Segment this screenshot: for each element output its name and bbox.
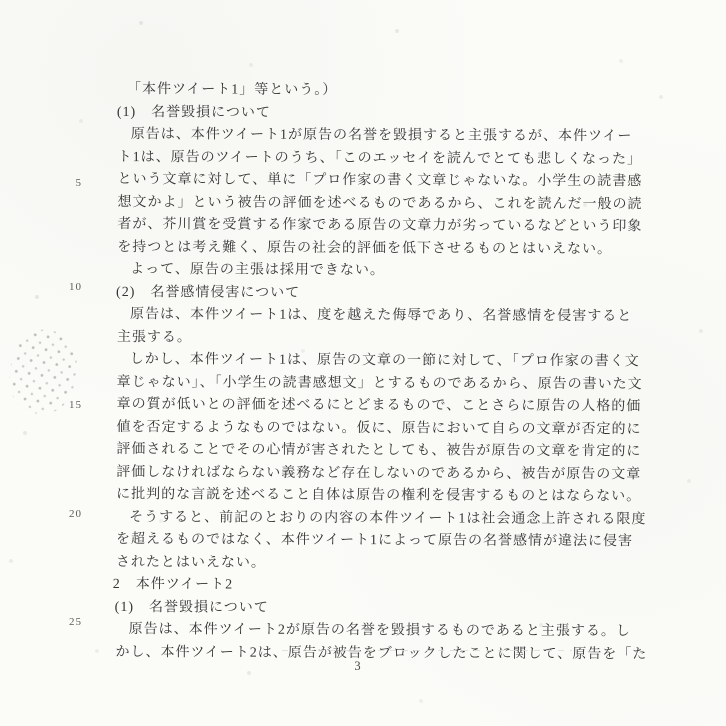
- document-line: 評価しなければならない義務など存在しないのであるから、被告が原告の文章: [116, 461, 676, 486]
- document-line: 2 本件ツイート2: [113, 574, 676, 599]
- document-line: 主張する。: [117, 326, 677, 351]
- document-line: 原告は、本件ツイート1は、度を越えた侮辱であり、名誉感情を侵害すると: [130, 304, 677, 329]
- margin-line-number: 25: [48, 616, 82, 628]
- document-line: 者が、芥川賞を受賞する作家である原告の文章力が劣っているなどという印象: [117, 214, 677, 239]
- document-line: そうすると、前記のとおりの内容の本件ツイート1は社会通念上許される限度: [129, 507, 676, 532]
- document-line: されたとはいえない。: [116, 551, 676, 576]
- document-line: 想文かよ」という被告の評価を述べるものであるから、これを読んだ一般の読: [117, 191, 677, 216]
- document-line: という文章に対して、単に「プロ作家の書く文章じゃないな。小学生の読書感: [118, 169, 678, 194]
- document-line: 値を否定するようなものではない。仮に、原告において自らの文章が否定的に: [116, 416, 676, 441]
- margin-line-number: 20: [48, 508, 82, 520]
- document-body: 「本件ツイート1」等という。）(1) 名誉毀損について原告は、本件ツイート1が原…: [115, 79, 678, 666]
- document-line: を持つとは考え難く、原告の社会的評価を低下させるものとはいえない。: [117, 236, 677, 261]
- document-line: (2) 名誉感情侵害について: [116, 281, 677, 306]
- document-line: に批判的な言説を述べること自体は原告の権利を侵害するものとはならない。: [116, 484, 676, 509]
- page-number: 3: [340, 659, 376, 674]
- document-line: しかし、本件ツイート1は、原告の文章の一節に対して、「プロ作家の書く文: [130, 349, 677, 374]
- scanned-judgment-page: 510152025 「本件ツイート1」等という。）(1) 名誉毀損について原告は…: [0, 0, 726, 726]
- document-line: かし、本件ツイート2は、原告が被告をブロックしたことに関して、原告を「た: [115, 641, 675, 666]
- margin-line-number: 10: [48, 281, 82, 293]
- document-line: を超えるものではなく、本件ツイート1によって原告の名誉感情が違法に侵害: [116, 529, 676, 554]
- document-line: (1) 名誉毀損について: [115, 596, 676, 621]
- margin-line-number: 5: [48, 177, 82, 189]
- document-line: ト1は、原告のツイートのうち、「このエッセイを読んでとても悲しくなった」: [118, 146, 678, 171]
- document-line: よって、原告の主張は採用できない。: [130, 259, 677, 284]
- document-line: (1) 名誉毀損について: [117, 101, 678, 126]
- document-line: 評価されることでその心情が害されたとしても、被告が原告の文章を肯定的に: [116, 439, 676, 464]
- document-line: 章じゃない」、「小学生の読書感想文」とするものであるから、原告の書いた文: [117, 371, 677, 396]
- margin-line-number: 15: [48, 399, 82, 411]
- document-line: 原告は、本件ツイート1が原告の名誉を毀損すると主張するが、本件ツイー: [131, 124, 678, 149]
- document-line: 章の質が低いとの評価を述べるにとどまるもので、ことさらに原告の人格的価: [117, 394, 677, 419]
- document-line: 原告は、本件ツイート2が原告の名誉を毀損するものであると主張する。し: [129, 619, 676, 644]
- scan-noise-specks: [0, 0, 2, 2]
- scan-artifact-line: [282, 650, 572, 651]
- document-line: 「本件ツイート1」等という。）: [127, 79, 678, 104]
